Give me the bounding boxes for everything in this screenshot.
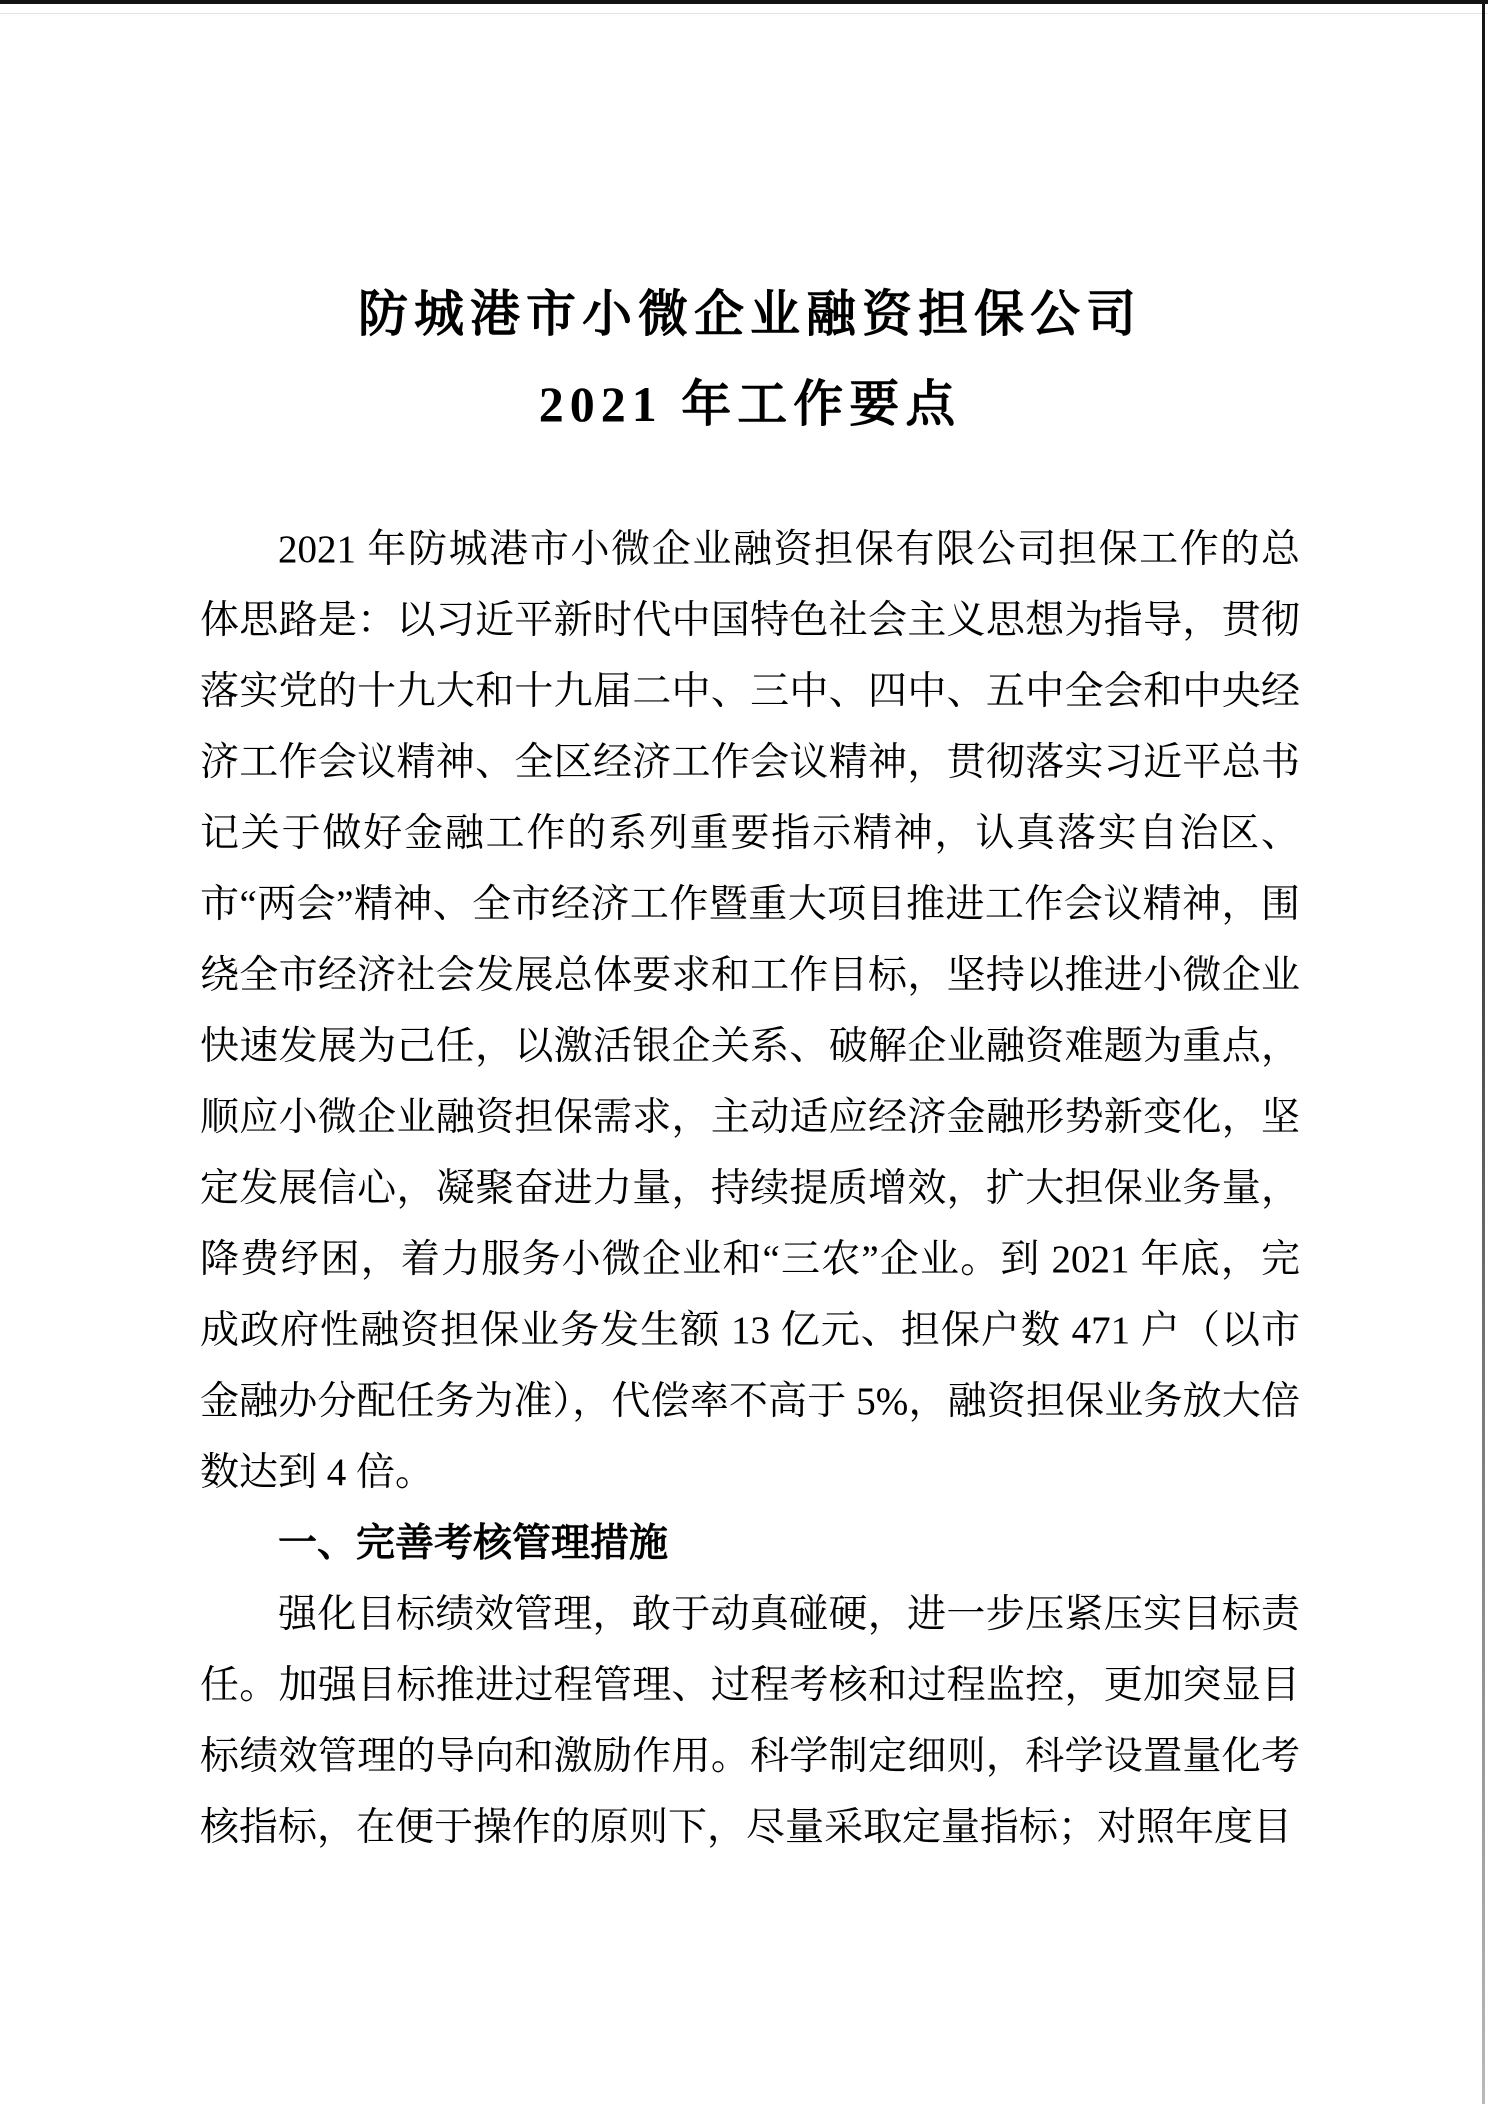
intro-paragraph: 2021 年防城港市小微企业融资担保有限公司担保工作的总体思路是：以习近平新时代… — [200, 514, 1300, 1508]
document-body: 2021 年防城港市小微企业融资担保有限公司担保工作的总体思路是：以习近平新时代… — [200, 514, 1300, 1863]
document-title-line1: 防城港市小微企业融资担保公司 — [200, 284, 1300, 344]
document-content: 防城港市小微企业融资担保公司 2021 年工作要点 2021 年防城港市小微企业… — [200, 284, 1300, 1863]
section-1-paragraph: 强化目标绩效管理，敢于动真碰硬，进一步压紧压实目标责任。加强目标推进过程管理、过… — [200, 1579, 1300, 1863]
document-page: 防城港市小微企业融资担保公司 2021 年工作要点 2021 年防城港市小微企业… — [0, 0, 1488, 2104]
document-title-line2: 2021 年工作要点 — [200, 374, 1300, 434]
section-1-heading: 一、完善考核管理措施 — [200, 1508, 1300, 1579]
scan-hairline — [0, 13, 1488, 14]
scan-border-top — [0, 0, 1488, 4]
scan-border-right — [1482, 0, 1485, 2104]
